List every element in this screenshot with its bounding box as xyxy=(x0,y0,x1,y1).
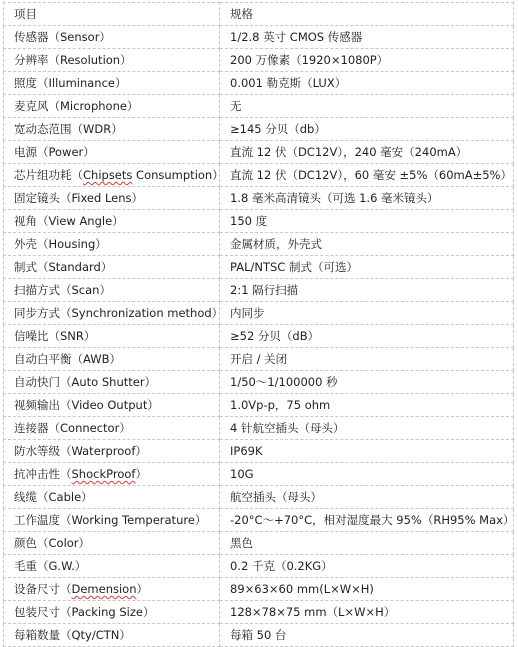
table-row: 分辨率（Resolution）200 万像素（1920×1080P） xyxy=(4,49,514,72)
row-item: 视频输出（Video Output） xyxy=(4,394,220,417)
row-spec: 2:1 隔行扫描 xyxy=(220,279,514,302)
row-item: 传感器（Sensor） xyxy=(4,26,220,49)
item-suffix: ） xyxy=(135,467,147,481)
table-row: 包装尺寸（Packing Size）128×78×75 mm（L×W×H） xyxy=(4,601,514,624)
table-row: 每箱数量（Qty/CTN）每箱 50 台 xyxy=(4,624,514,647)
table-row: 颜色（Color）黑色 xyxy=(4,532,514,555)
row-spec: 1/2.8 英寸 CMOS 传感器 xyxy=(220,26,514,49)
row-spec: 每箱 50 台 xyxy=(220,624,514,647)
row-item: 分辨率（Resolution） xyxy=(4,49,220,72)
row-item: 包装尺寸（Packing Size） xyxy=(4,601,220,624)
row-spec: 4 针航空插头（母头） xyxy=(220,417,514,440)
table-row: 宽动态范围（WDR）≥145 分贝（db） xyxy=(4,118,514,141)
row-spec: 1/50～1/100000 秒 xyxy=(220,371,514,394)
table-row: 工作温度（Working Temperature）-20°C～+70°C，相对湿… xyxy=(4,509,514,532)
row-spec: 黑色 xyxy=(220,532,514,555)
row-item: 抗冲击性（ShockProof） xyxy=(4,463,220,486)
row-spec: 无 xyxy=(220,95,514,118)
table-row: 连接器（Connector）4 针航空插头（母头） xyxy=(4,417,514,440)
table-row: 视频输出（Video Output）1.0Vp-p，75 ohm xyxy=(4,394,514,417)
table-row: 防水等级（Waterproof）IP69K xyxy=(4,440,514,463)
row-item: 制式（Standard） xyxy=(4,256,220,279)
item-suffix: Consumption） xyxy=(132,168,219,182)
table-row: 传感器（Sensor）1/2.8 英寸 CMOS 传感器 xyxy=(4,26,514,49)
row-spec: 0.001 勒克斯（LUX） xyxy=(220,72,514,95)
row-spec: 200 万像素（1920×1080P） xyxy=(220,49,514,72)
item-prefix: 芯片组功耗（ xyxy=(14,168,83,182)
row-spec: IP69K xyxy=(220,440,514,463)
row-spec: ≥145 分贝（db） xyxy=(220,118,514,141)
row-spec: 89×63×60 mm(L×W×H) xyxy=(220,578,514,601)
table-row: 自动白平衡（AWB）开启 / 关闭 xyxy=(4,348,514,371)
row-item: 每箱数量（Qty/CTN） xyxy=(4,624,220,647)
row-item: 工作温度（Working Temperature） xyxy=(4,509,220,532)
row-item: 颜色（Color） xyxy=(4,532,220,555)
row-item: 连接器（Connector） xyxy=(4,417,220,440)
row-spec: PAL/NTSC 制式（可选） xyxy=(220,256,514,279)
table-row: 同步方式（Synchronization method）内同步 xyxy=(4,302,514,325)
item-suffix: ） xyxy=(137,582,149,596)
row-item: 电源（Power） xyxy=(4,141,220,164)
table-row: 毛重（G.W.）0.2 千克（0.2KG） xyxy=(4,555,514,578)
row-spec: 1.8 毫米高清镜头（可选 1.6 毫米镜头） xyxy=(220,187,514,210)
row-spec: 直流 12 伏（DC12V），240 毫安（240mA） xyxy=(220,141,514,164)
row-spec: 直流 12 伏（DC12V），60 毫安 ±5%（60mA±5%） xyxy=(220,164,514,187)
table-row: 外壳（Housing）金属材质，外壳式 xyxy=(4,233,514,256)
row-spec: ≥52 分贝（dB） xyxy=(220,325,514,348)
header-item: 项目 xyxy=(4,3,220,26)
table-header-row: 项目 规格 xyxy=(4,3,514,26)
row-spec: 1.0Vp-p，75 ohm xyxy=(220,394,514,417)
row-spec: 128×78×75 mm（L×W×H） xyxy=(220,601,514,624)
table-row: 视角（View Angle）150 度 xyxy=(4,210,514,233)
table-row: 固定镜头（Fixed Lens）1.8 毫米高清镜头（可选 1.6 毫米镜头） xyxy=(4,187,514,210)
row-item: 设备尺寸（Demension） xyxy=(4,578,220,601)
table-row: 信噪比（SNR）≥52 分贝（dB） xyxy=(4,325,514,348)
table-row: 线缆（Cable）航空插头（母头） xyxy=(4,486,514,509)
header-spec: 规格 xyxy=(220,3,514,26)
row-item: 扫描方式（Scan） xyxy=(4,279,220,302)
table-row: 电源（Power）直流 12 伏（DC12V），240 毫安（240mA） xyxy=(4,141,514,164)
row-spec: 金属材质，外壳式 xyxy=(220,233,514,256)
table-row: 设备尺寸（Demension） 89×63×60 mm(L×W×H) xyxy=(4,578,514,601)
row-spec: 150 度 xyxy=(220,210,514,233)
row-item: 外壳（Housing） xyxy=(4,233,220,256)
table-row: 麦克风（Microphone）无 xyxy=(4,95,514,118)
row-item: 宽动态范围（WDR） xyxy=(4,118,220,141)
table-row: 自动快门（Auto Shutter）1/50～1/100000 秒 xyxy=(4,371,514,394)
row-spec: 10G xyxy=(220,463,514,486)
row-item: 固定镜头（Fixed Lens） xyxy=(4,187,220,210)
table-row: 照度（Illuminance）0.001 勒克斯（LUX） xyxy=(4,72,514,95)
table-row: 制式（Standard）PAL/NTSC 制式（可选） xyxy=(4,256,514,279)
row-item: 毛重（G.W.） xyxy=(4,555,220,578)
item-prefix: 设备尺寸（ xyxy=(14,582,72,596)
row-spec: 开启 / 关闭 xyxy=(220,348,514,371)
table-row: 抗冲击性（ShockProof） 10G xyxy=(4,463,514,486)
row-item: 照度（Illuminance） xyxy=(4,72,220,95)
spellcheck-flagged-word: Demension xyxy=(72,582,137,596)
table-row: 扫描方式（Scan）2:1 隔行扫描 xyxy=(4,279,514,302)
spellcheck-flagged-word: Chipsets xyxy=(83,168,132,182)
row-spec: 航空插头（母头） xyxy=(220,486,514,509)
spellcheck-flagged-word: ShockProof xyxy=(72,467,136,481)
row-item: 麦克风（Microphone） xyxy=(4,95,220,118)
table-row: 芯片组功耗（Chipsets Consumption） 直流 12 伏（DC12… xyxy=(4,164,514,187)
row-item: 芯片组功耗（Chipsets Consumption） xyxy=(4,164,220,187)
row-spec: 内同步 xyxy=(220,302,514,325)
row-item: 自动快门（Auto Shutter） xyxy=(4,371,220,394)
row-item: 同步方式（Synchronization method） xyxy=(4,302,220,325)
row-item: 信噪比（SNR） xyxy=(4,325,220,348)
row-spec: 0.2 千克（0.2KG） xyxy=(220,555,514,578)
row-item: 视角（View Angle） xyxy=(4,210,220,233)
item-prefix: 抗冲击性（ xyxy=(14,467,72,481)
row-item: 线缆（Cable） xyxy=(4,486,220,509)
row-spec: -20°C～+70°C，相对湿度最大 95%（RH95% Max） xyxy=(220,509,514,532)
row-item: 自动白平衡（AWB） xyxy=(4,348,220,371)
row-item: 防水等级（Waterproof） xyxy=(4,440,220,463)
spec-table: 项目 规格 传感器（Sensor）1/2.8 英寸 CMOS 传感器 分辨率（R… xyxy=(3,2,514,647)
